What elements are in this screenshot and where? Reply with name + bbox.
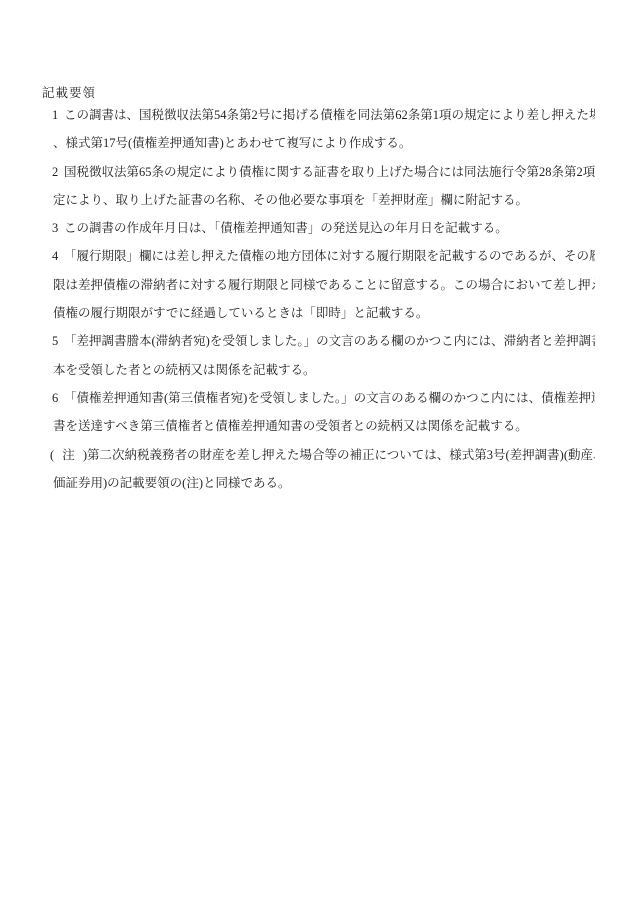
document-page: 記載要領 1この調書は、国税徴収法第54条第2号に掲げる債権を同法第62条第1項… <box>0 0 630 915</box>
item-5-line-2: 本を受領した者との続柄又は関係を記載する。 <box>53 356 595 384</box>
item-5-text-2: 本を受領した者との続柄又は関係を記載する。 <box>53 363 316 377</box>
item-4-line-3: 債権の履行期限がすでに経過しているときは「即時」と記載する。 <box>53 299 595 327</box>
item-5-line-1: 5「差押調書謄本(滞納者宛)を受領しました。」の文言のある欄のかつこ内には、滞納… <box>52 327 595 355</box>
item-6-line-1: 6「債権差押通知書(第三債権者宛)を受領しました。」の文言のある欄のかつこ内には… <box>52 384 595 412</box>
item-2-number: 2 <box>52 158 64 186</box>
item-1-line-1: 1この調書は、国税徴収法第54条第2号に掲げる債権を同法第62条第1項の規定によ… <box>52 101 595 129</box>
item-1-number: 1 <box>52 101 64 129</box>
item-4-number: 4 <box>52 242 64 270</box>
item-4-line-1: 4「履行期限」欄には差し押えた債権の地方団体に対する履行期限を記載するのであるが… <box>52 242 595 270</box>
item-4-line-2: 限は差押債権の滞納者に対する履行期限と同様であることに留意する。この場合において… <box>53 271 595 299</box>
item-5-number: 5 <box>52 327 64 355</box>
item-2-line-1: 2国税徴収法第65条の規定により債権に関する証書を取り上げた場合には同法施行令第… <box>52 158 595 186</box>
item-4-text-3: 債権の履行期限がすでに経過しているときは「即時」と記載する。 <box>53 306 428 320</box>
item-2-line-2: 定により、取り上げた証書の名称、その他必要な事項を「差押財産」欄に附記する。 <box>53 186 595 214</box>
item-4-text-2: 限は差押債権の滞納者に対する履行期限と同様であることに留意する。この場合において… <box>53 278 595 292</box>
kisai-yoryo-document: 記載要領 1この調書は、国税徴収法第54条第2号に掲げる債権を同法第62条第1項… <box>0 86 630 497</box>
item-6-line-2: 書を送達すべき第三債権者と債権差押通知書の受領者との続柄又は関係を記載する。 <box>53 412 595 440</box>
item-2-text-2: 定により、取り上げた証書の名称、その他必要な事項を「差押財産」欄に附記する。 <box>53 193 528 207</box>
note-text-1: 第二次納税義務者の財産を差し押えた場合等の補正については、様式第3号(差押調書)… <box>87 448 595 462</box>
item-6-text-2: 書を送達すべき第三債権者と債権差押通知書の受領者との続柄又は関係を記載する。 <box>53 419 528 433</box>
note-text-2: 価証券用)の記載要領の(注)と同様である。 <box>53 476 291 490</box>
item-3-line-1: 3この調書の作成年月日は、「債権差押通知書」の発送見込の年月日を記載する。 <box>52 214 595 242</box>
item-4-text-1: 「履行期限」欄には差し押えた債権の地方団体に対する履行期限を記載するのであるが、… <box>64 249 595 263</box>
item-6-number: 6 <box>52 384 64 412</box>
item-2-text-1: 国税徴収法第65条の規定により債権に関する証書を取り上げた場合には同法施行令第2… <box>64 165 595 179</box>
item-1-line-2: 、様式第17号(債権差押通知書)とあわせて複写により作成する。 <box>53 129 595 157</box>
item-3-text-1: この調書の作成年月日は、「債権差押通知書」の発送見込の年月日を記載する。 <box>64 221 508 235</box>
note-label: (注) <box>50 441 87 469</box>
item-1-text-2: 、様式第17号(債権差押通知書)とあわせて複写により作成する。 <box>53 136 411 150</box>
item-5-text-1: 「差押調書謄本(滞納者宛)を受領しました。」の文言のある欄のかつこ内には、滞納者… <box>64 334 595 348</box>
note-line-2: 価証券用)の記載要領の(注)と同様である。 <box>53 469 595 497</box>
document-title: 記載要領 <box>42 86 630 101</box>
item-6-text-1: 「債権差押通知書(第三債権者宛)を受領しました。」の文言のある欄のかつこ内には、… <box>64 391 595 405</box>
item-3-number: 3 <box>52 214 64 242</box>
item-1-text-1: この調書は、国税徴収法第54条第2号に掲げる債権を同法第62条第1項の規定により… <box>64 108 595 122</box>
note-line-1: (注)第二次納税義務者の財産を差し押えた場合等の補正については、様式第3号(差押… <box>50 441 595 469</box>
